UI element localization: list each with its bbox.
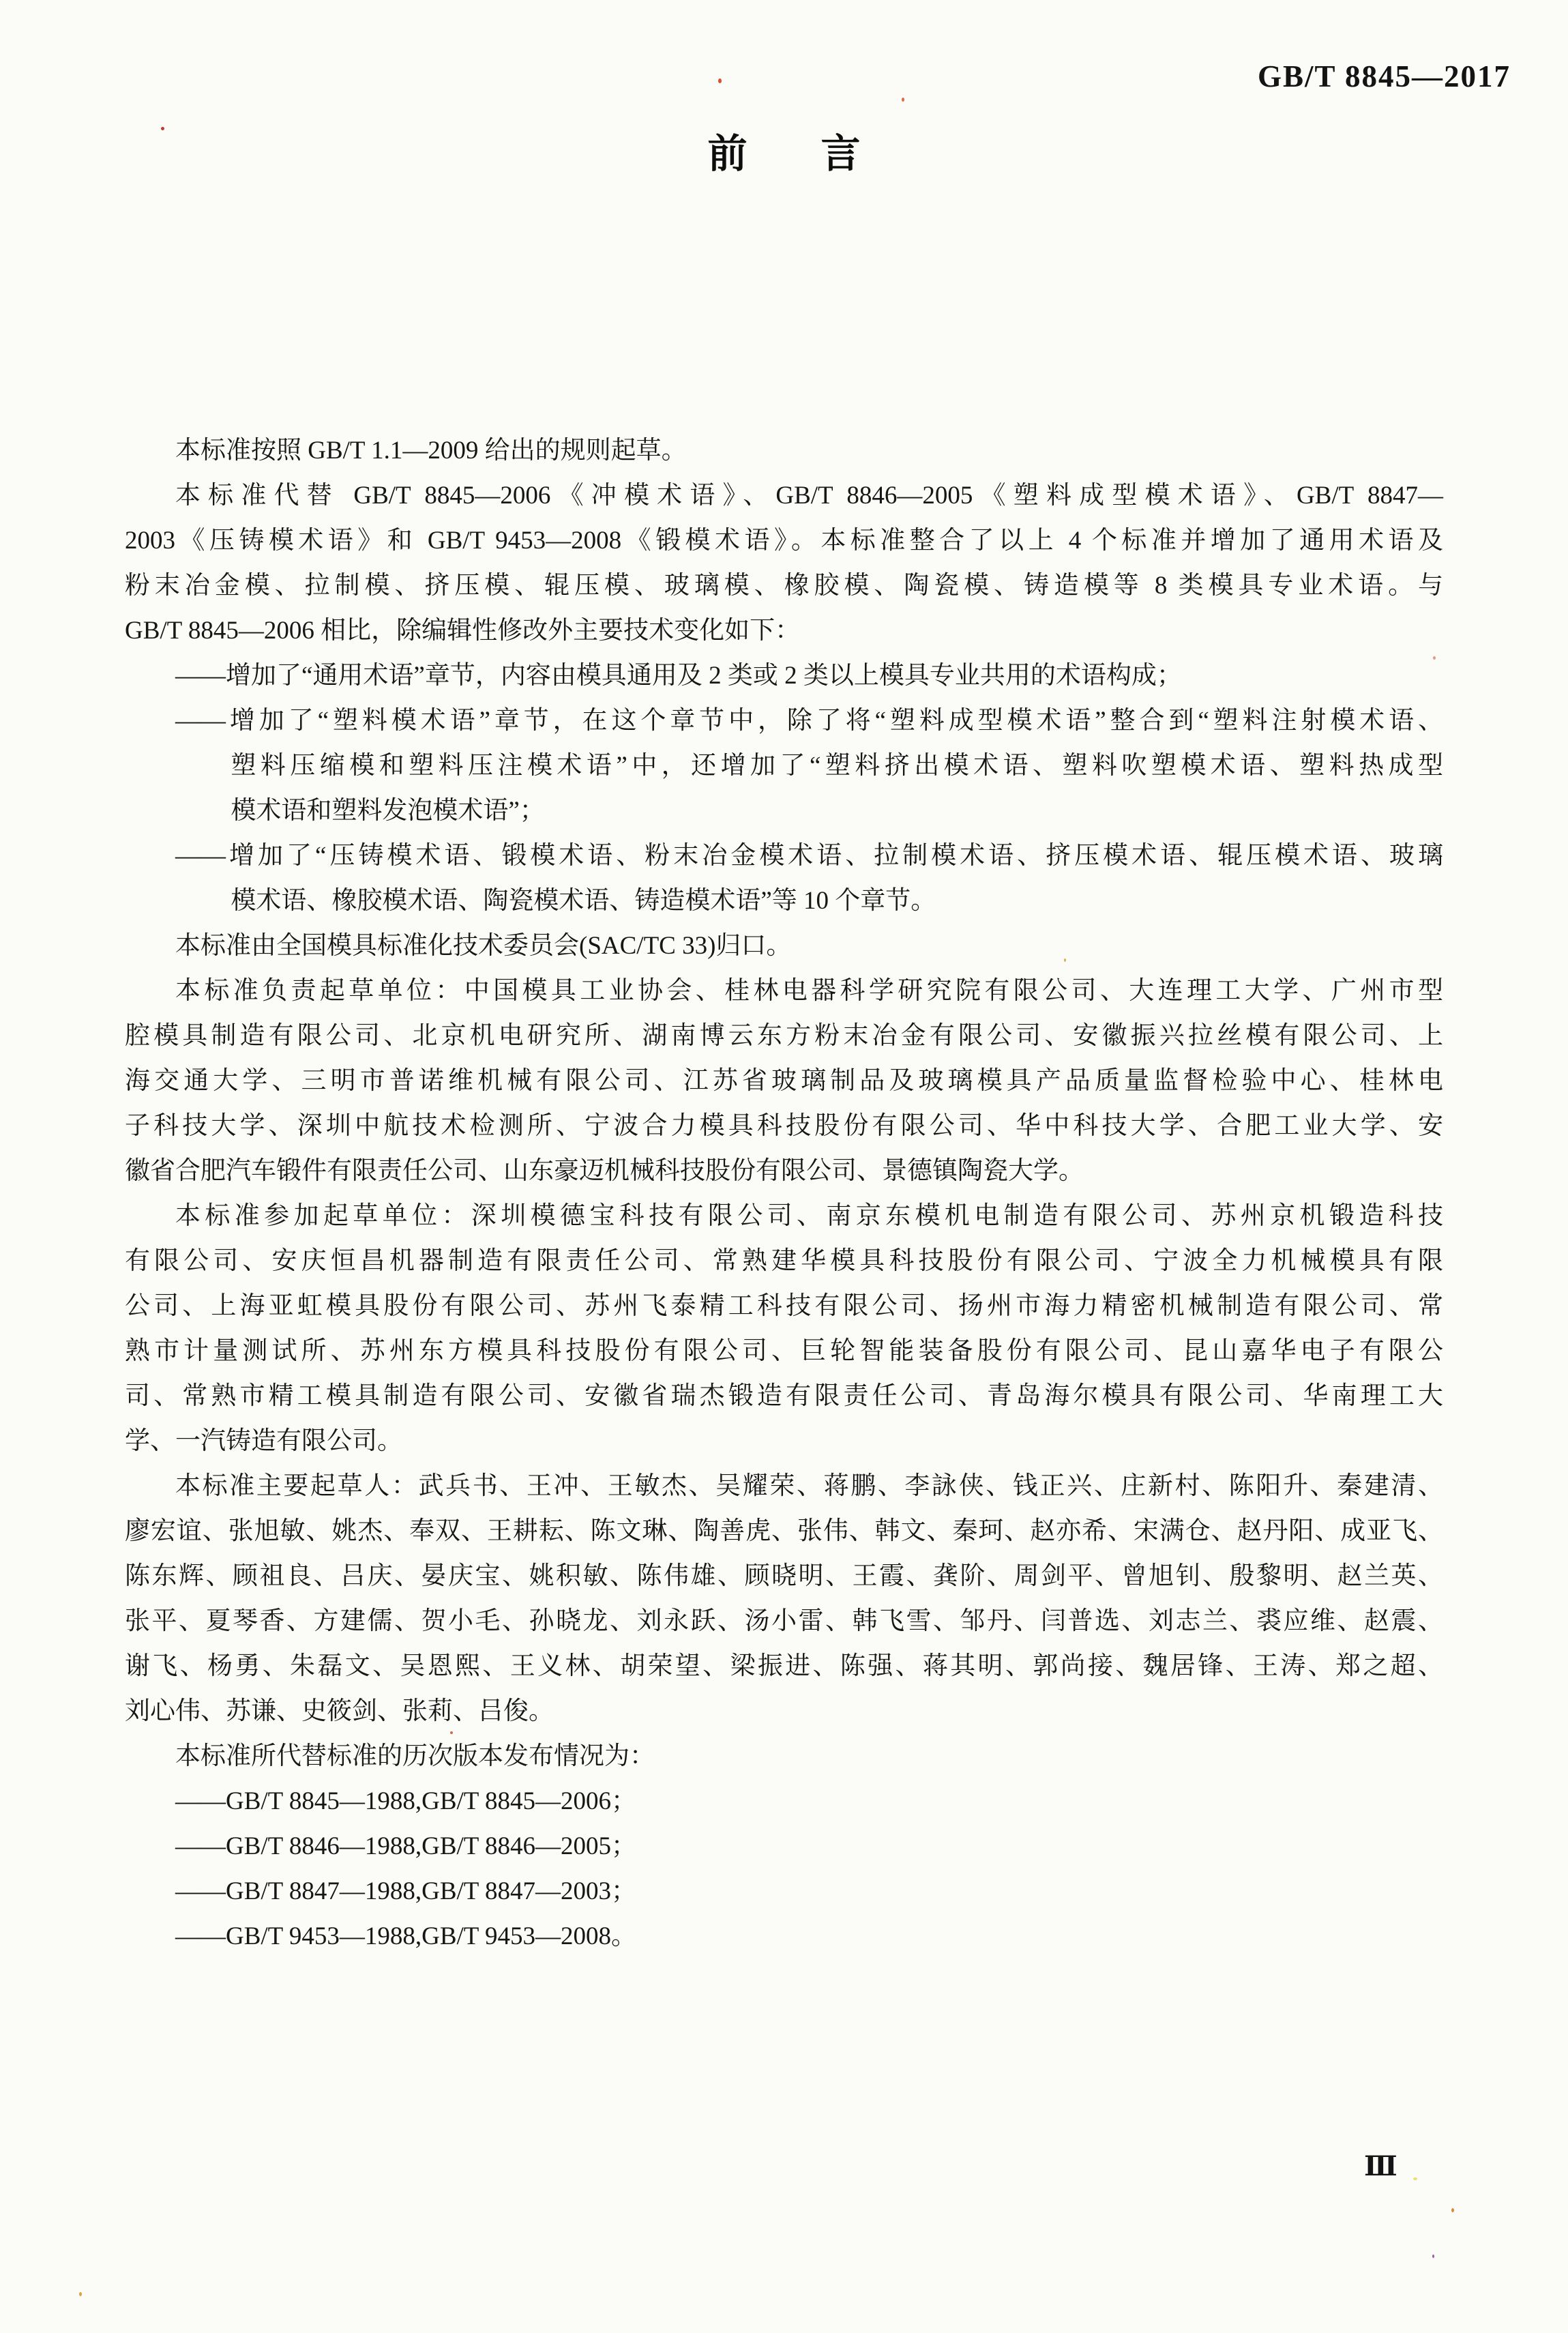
paragraph-line: ——增加了“压铸模术语、锻模术语、粉末冶金模术语、拉制模术语、挤压模术语、辊压模… (125, 834, 1443, 879)
page-number: Ⅲ (1364, 2150, 1397, 2182)
paragraph: 本标准主要起草人：武兵书、王冲、王敏杰、吴耀荣、蒋鹏、李詠侠、钱正兴、庄新村、陈… (125, 1464, 1443, 1734)
paragraph-line: 本标准所代替标准的历次版本发布情况为： (125, 1734, 1443, 1779)
paragraph-line: ——增加了“通用术语”章节，内容由模具通用及 2 类或 2 类以上模具专业共用的… (125, 654, 1443, 699)
paragraph-line: 本标准按照 GB/T 1.1—2009 给出的规则起草。 (125, 428, 1443, 473)
paragraph-line: 子科技大学、深圳中航技术检测所、宁波合力模具科技股份有限公司、华中科技大学、合肥… (125, 1104, 1443, 1149)
standard-code: GB/T 8845—2017 (1258, 59, 1511, 94)
paragraph-line: 司、常熟市精工模具制造有限公司、安徽省瑞杰锻造有限责任公司、青岛海尔模具有限公司… (125, 1374, 1443, 1419)
paragraph: 本标准所代替标准的历次版本发布情况为： (125, 1734, 1443, 1779)
paragraph-line: 2003《压铸模术语》和 GB/T 9453—2008《锻模术语》。本标准整合了… (125, 518, 1443, 563)
paragraph-line: 刘心伟、苏谦、史筱剑、张莉、吕俊。 (125, 1689, 1443, 1734)
scanned-page: GB/T 8845—2017 前 言 本标准按照 GB/T 1.1—2009 给… (0, 0, 1568, 2333)
paragraph: ——GB/T 9453—1988,GB/T 9453—2008。 (125, 1914, 1443, 1959)
paragraph-line: 张平、夏琴香、方建儒、贺小毛、孙晓龙、刘永跃、汤小雷、韩飞雪、邹丹、闫普选、刘志… (125, 1599, 1443, 1644)
paragraph: 本标准代替 GB/T 8845—2006《冲模术语》、GB/T 8846—200… (125, 473, 1443, 654)
paragraph-line: ——GB/T 8845—1988,GB/T 8845—2006； (125, 1779, 1443, 1824)
paragraph-line: ——GB/T 9453—1988,GB/T 9453—2008。 (125, 1914, 1443, 1959)
paragraph: ——增加了“通用术语”章节，内容由模具通用及 2 类或 2 类以上模具专业共用的… (125, 654, 1443, 699)
paragraph: 本标准由全国模具标准化技术委员会(SAC/TC 33)归口。 (125, 924, 1443, 969)
paragraph-line: 海交通大学、三明市普诺维机械有限公司、江苏省玻璃制品及玻璃模具产品质量监督检验中… (125, 1059, 1443, 1104)
paragraph: ——增加了“塑料模术语”章节，在这个章节中，除了将“塑料成型模术语”整合到“塑料… (125, 699, 1443, 834)
paragraph-line: 本标准参加起草单位：深圳模德宝科技有限公司、南京东模机电制造有限公司、苏州京机锻… (125, 1194, 1443, 1239)
paragraph-line: 徽省合肥汽车锻件有限责任公司、山东豪迈机械科技股份有限公司、景德镇陶瓷大学。 (125, 1149, 1443, 1194)
paragraph-line: ——GB/T 8846—1988,GB/T 8846—2005； (125, 1824, 1443, 1869)
paragraph-line: 模术语、橡胶模术语、陶瓷模术语、铸造模术语”等 10 个章节。 (125, 879, 1443, 924)
paragraph-line: 粉末冶金模、拉制模、挤压模、辊压模、玻璃模、橡胶模、陶瓷模、铸造模等 8 类模具… (125, 563, 1443, 608)
paragraph-line: 廖宏谊、张旭敏、姚杰、奉双、王耕耘、陈文琳、陶善虎、张伟、韩文、秦珂、赵亦希、宋… (125, 1509, 1443, 1554)
page-title-char-1: 前 (707, 121, 747, 179)
paragraph: 本标准参加起草单位：深圳模德宝科技有限公司、南京东模机电制造有限公司、苏州京机锻… (125, 1194, 1443, 1464)
paragraph-line: 陈东辉、顾祖良、吕庆、晏庆宝、姚积敏、陈伟雄、顾晓明、王霞、龚阶、周剑平、曾旭钊… (125, 1554, 1443, 1599)
paragraph: ——GB/T 8847—1988,GB/T 8847—2003； (125, 1869, 1443, 1914)
paragraph-line: 本标准由全国模具标准化技术委员会(SAC/TC 33)归口。 (125, 924, 1443, 969)
paragraph: ——GB/T 8845—1988,GB/T 8845—2006； (125, 1779, 1443, 1824)
paragraph-line: 学、一汽铸造有限公司。 (125, 1419, 1443, 1464)
paragraph-line: 本标准代替 GB/T 8845—2006《冲模术语》、GB/T 8846—200… (125, 473, 1443, 518)
paragraph: 本标准按照 GB/T 1.1—2009 给出的规则起草。 (125, 428, 1443, 473)
paragraph-line: 谢飞、杨勇、朱磊文、吴恩熙、王义林、胡荣望、梁振进、陈强、蒋其明、郭尚接、魏居锋… (125, 1644, 1443, 1689)
body-text: 本标准按照 GB/T 1.1—2009 给出的规则起草。本标准代替 GB/T 8… (125, 428, 1443, 1959)
paragraph-line: 模术语和塑料发泡模术语”； (125, 789, 1443, 834)
paragraph-line: ——GB/T 8847—1988,GB/T 8847—2003； (125, 1869, 1443, 1914)
paragraph-line: 本标准主要起草人：武兵书、王冲、王敏杰、吴耀荣、蒋鹏、李詠侠、钱正兴、庄新村、陈… (125, 1464, 1443, 1509)
paragraph-line: 熟市计量测试所、苏州东方模具科技股份有限公司、巨轮智能装备股份有限公司、昆山嘉华… (125, 1329, 1443, 1374)
paragraph: ——GB/T 8846—1988,GB/T 8846—2005； (125, 1824, 1443, 1869)
page-title: 前 言 (0, 121, 1568, 179)
paragraph-line: 公司、上海亚虹模具股份有限公司、苏州飞泰精工科技有限公司、扬州市海力精密机械制造… (125, 1284, 1443, 1329)
page-title-char-2: 言 (821, 121, 861, 179)
paragraph-line: GB/T 8845—2006 相比，除编辑性修改外主要技术变化如下： (125, 608, 1443, 654)
paragraph: 本标准负责起草单位：中国模具工业协会、桂林电器科学研究院有限公司、大连理工大学、… (125, 969, 1443, 1194)
paragraph-line: ——增加了“塑料模术语”章节，在这个章节中，除了将“塑料成型模术语”整合到“塑料… (125, 699, 1443, 744)
paragraph-line: 本标准负责起草单位：中国模具工业协会、桂林电器科学研究院有限公司、大连理工大学、… (125, 969, 1443, 1014)
paragraph-line: 有限公司、安庆恒昌机器制造有限责任公司、常熟建华模具科技股份有限公司、宁波全力机… (125, 1239, 1443, 1284)
paragraph-line: 腔模具制造有限公司、北京机电研究所、湖南博云东方粉末冶金有限公司、安徽振兴拉丝模… (125, 1014, 1443, 1059)
paragraph: ——增加了“压铸模术语、锻模术语、粉末冶金模术语、拉制模术语、挤压模术语、辊压模… (125, 834, 1443, 924)
paragraph-line: 塑料压缩模和塑料压注模术语”中，还增加了“塑料挤出模术语、塑料吹塑模术语、塑料热… (125, 744, 1443, 789)
